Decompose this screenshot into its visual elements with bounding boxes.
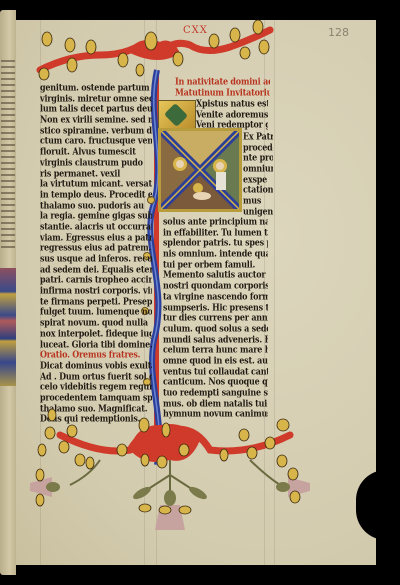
folio-number: 128: [328, 26, 349, 39]
text-column-right: solus ante principium natus in effabilit…: [163, 216, 268, 419]
historiated-initial-x: [160, 130, 240, 210]
left-page-illuminated-band: [0, 268, 16, 386]
rubric-heading: In nativitate domini ad i Matutinum Invi…: [175, 76, 270, 97]
bottom-border-foliage: [20, 405, 330, 535]
text-beside-initial: Xpistus natus est nobis Venite adoremus.…: [196, 98, 268, 130]
text-line: Veni redemptor gentium: [196, 119, 268, 131]
left-page-text-edge: [1, 60, 15, 250]
text-column-left: genitum. ostende partum virginis. miretu…: [40, 82, 152, 424]
nativity-miniature: [158, 128, 242, 212]
facing-left-page: [0, 10, 16, 575]
text-beside-miniature: Ex Patre procede nte pro omnium exspe ct…: [243, 131, 273, 217]
